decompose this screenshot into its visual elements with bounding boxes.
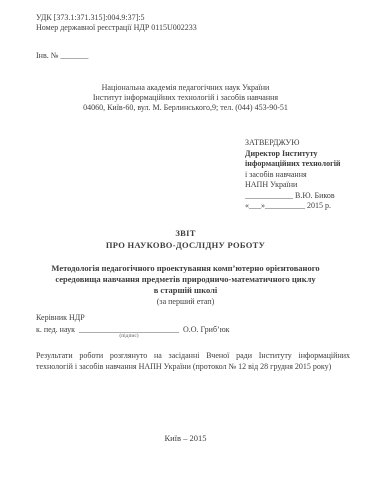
supervisor-degree: к. пед. наук [36, 325, 75, 334]
udc-line: УДК [373.1:371.315]:004.9:37]:5 [36, 13, 197, 23]
supervisor-role: Керівник НДР [36, 312, 230, 324]
report-heading: ЗВІТ ПРО НАУКОВО-ДОСЛІДНУ РОБОТУ [0, 227, 371, 251]
institute-address: 04060, Київ-60, вул. М. Берлинського,9; … [0, 103, 371, 113]
approval-signature-line: ____________ В.Ю. Биков [245, 191, 369, 202]
signature-caption: (підпис) [79, 333, 179, 339]
registration-number-line: Номер державної реєстрації НДР 0115U0022… [36, 23, 197, 33]
report-title-block: Методологія педагогічного проектування к… [22, 263, 349, 307]
signature-blank: _________________________ (підпис) [79, 324, 179, 336]
report-title-line-3: в старшій школі [22, 285, 349, 296]
report-title-page: УДК [373.1:371.315]:004.9:37]:5 Номер де… [0, 0, 371, 480]
supervisor-signature-row: к. пед. наук _________________________ (… [36, 324, 230, 336]
report-sublabel: ПРО НАУКОВО-ДОСЛІДНУ РОБОТУ [0, 239, 371, 251]
inventory-number-line: Інв. № _______ [36, 51, 88, 61]
approval-department-line: і засобів навчання [245, 170, 369, 181]
institution-block: Національна академія педагогічних наук У… [0, 83, 371, 113]
results-paragraph: Результати роботи розглянуто на засіданн… [36, 350, 350, 372]
report-stage-line: (за перший етап) [22, 296, 349, 307]
approval-napn-line: НАПН України [245, 180, 369, 191]
approval-block: ЗАТВЕРДЖУЮ Директор Інституту інформацій… [245, 138, 369, 212]
approval-institute-line: інформаційних технологій [245, 159, 369, 170]
approval-heading: ЗАТВЕРДЖУЮ [245, 138, 369, 149]
approval-director-line: Директор Інституту [245, 149, 369, 160]
supervisor-name: О.О. Гриб’юк [183, 325, 230, 334]
report-title-line-2: середовища навчання предметів природничо… [22, 274, 349, 285]
udc-block: УДК [373.1:371.315]:004.9:37]:5 Номер де… [36, 13, 197, 33]
academy-name: Національна академія педагогічних наук У… [0, 83, 371, 93]
report-label: ЗВІТ [0, 227, 371, 239]
city-year-line: Київ – 2015 [0, 433, 371, 443]
supervisor-block: Керівник НДР к. пед. наук ______________… [36, 312, 230, 336]
report-title-line-1: Методологія педагогічного проектування к… [22, 263, 349, 274]
approval-date-line: «___»__________ 2015 р. [245, 201, 369, 212]
institute-name: Інститут інформаційних технологій і засо… [0, 93, 371, 103]
